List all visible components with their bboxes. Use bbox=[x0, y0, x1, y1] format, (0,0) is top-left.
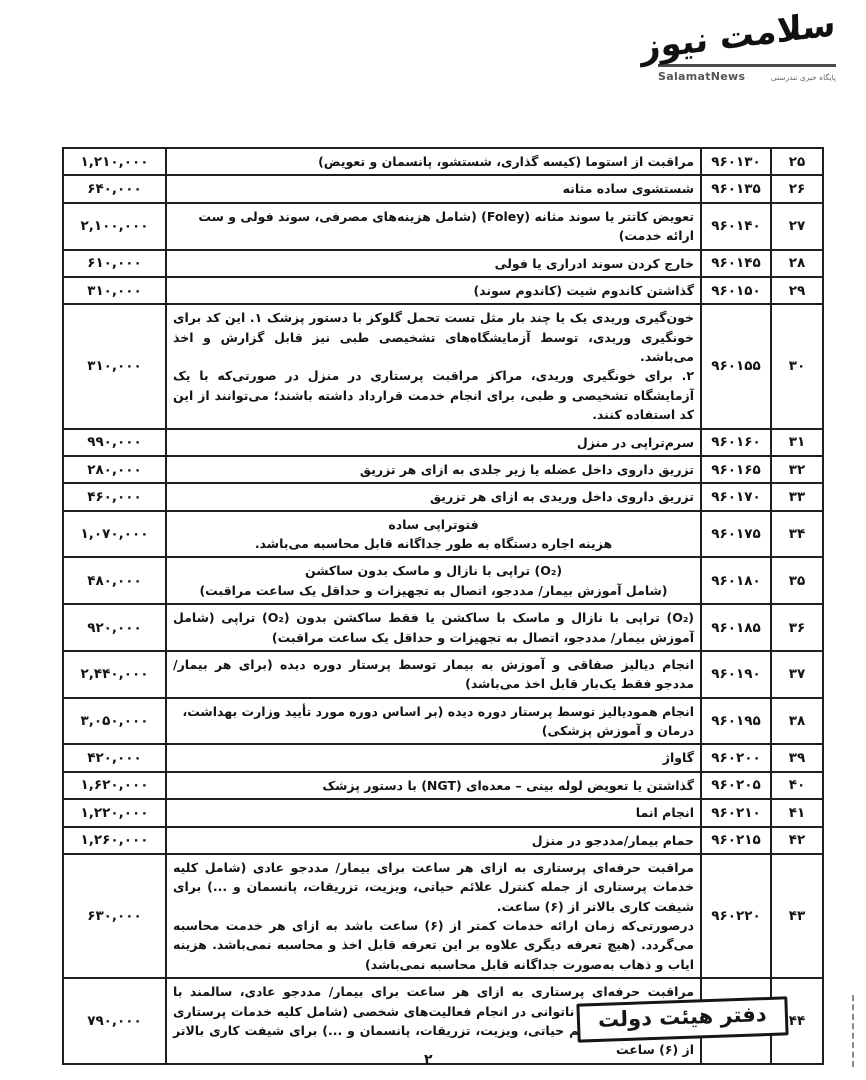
table-row: ۴۲ ۹۶۰۲۱۵ حمام بیمار/مددجو در منزل ۱,۲۶۰… bbox=[63, 827, 823, 854]
tariff-price-cell: ۱,۶۲۰,۰۰۰ bbox=[63, 772, 166, 799]
logo-latin-name: SalamatNews bbox=[658, 70, 745, 83]
service-code-cell: ۹۶۰۲۰۰ bbox=[701, 744, 771, 771]
row-number-cell: ۳۱ bbox=[771, 429, 823, 456]
row-number-cell: ۴۰ bbox=[771, 772, 823, 799]
tariff-price-cell: ۴۲۰,۰۰۰ bbox=[63, 744, 166, 771]
table-row: ۳۰ ۹۶۰۱۵۵ خون‌گیری وریدی یک یا چند بار م… bbox=[63, 304, 823, 428]
service-description-cell: فتوتراپی ساده هزینه اجاره دستگاه به طور … bbox=[166, 511, 701, 558]
tariff-price-cell: ۳۱۰,۰۰۰ bbox=[63, 304, 166, 428]
tariff-price-cell: ۹۲۰,۰۰۰ bbox=[63, 604, 166, 651]
service-description-cell: مراقبت حرفه‌ای پرستاری به ازای هر ساعت ب… bbox=[166, 854, 701, 978]
table-row: ۳۷ ۹۶۰۱۹۰ انجام دیالیز صفاقی و آموزش به … bbox=[63, 651, 823, 698]
salamatnews-logo-calligraphy: سلامت نیوز bbox=[658, 0, 836, 73]
service-code-cell: ۹۶۰۱۵۵ bbox=[701, 304, 771, 428]
service-code-cell: ۹۶۰۱۷۵ bbox=[701, 511, 771, 558]
service-description-cell: حمام بیمار/مددجو در منزل bbox=[166, 827, 701, 854]
row-number-cell: ۲۸ bbox=[771, 250, 823, 277]
service-description-cell: گذاشتن کاندوم شیت (کاندوم سوند) bbox=[166, 277, 701, 304]
row-number-cell: ۳۰ bbox=[771, 304, 823, 428]
table-row: ۳۴ ۹۶۰۱۷۵ فتوتراپی ساده هزینه اجاره دستگ… bbox=[63, 511, 823, 558]
table-row: ۳۹ ۹۶۰۲۰۰ گاواژ ۴۲۰,۰۰۰ bbox=[63, 744, 823, 771]
tariff-price-cell: ۲۸۰,۰۰۰ bbox=[63, 456, 166, 483]
table-row: ۲۸ ۹۶۰۱۴۵ خارج کردن سوند ادراری یا فولی … bbox=[63, 250, 823, 277]
table-row: ۲۵ ۹۶۰۱۳۰ مراقبت از استوما (کیسه گذاری، … bbox=[63, 148, 823, 175]
service-description-cell: سرم‌تراپی در منزل bbox=[166, 429, 701, 456]
tariff-price-cell: ۳۱۰,۰۰۰ bbox=[63, 277, 166, 304]
service-code-cell: ۹۶۰۱۳۰ bbox=[701, 148, 771, 175]
tariff-price-cell: ۴۸۰,۰۰۰ bbox=[63, 557, 166, 604]
service-description-cell: انجام انما bbox=[166, 799, 701, 826]
row-number-cell: ۳۶ bbox=[771, 604, 823, 651]
service-description-cell: مراقبت از استوما (کیسه گذاری، شستشو، پان… bbox=[166, 148, 701, 175]
row-number-cell: ۲۷ bbox=[771, 203, 823, 250]
service-code-cell: ۹۶۰۱۷۰ bbox=[701, 483, 771, 510]
tariff-price-cell: ۹۹۰,۰۰۰ bbox=[63, 429, 166, 456]
tariff-price-cell: ۲,۱۰۰,۰۰۰ bbox=[63, 203, 166, 250]
table-row: ۲۹ ۹۶۰۱۵۰ گذاشتن کاندوم شیت (کاندوم سوند… bbox=[63, 277, 823, 304]
row-number-cell: ۲۹ bbox=[771, 277, 823, 304]
service-code-cell: ۹۶۰۱۴۰ bbox=[701, 203, 771, 250]
nursing-tariff-table: ۲۵ ۹۶۰۱۳۰ مراقبت از استوما (کیسه گذاری، … bbox=[62, 147, 824, 1065]
row-number-cell: ۳۸ bbox=[771, 698, 823, 745]
table-row: ۳۱ ۹۶۰۱۶۰ سرم‌تراپی در منزل ۹۹۰,۰۰۰ bbox=[63, 429, 823, 456]
table-row: ۳۸ ۹۶۰۱۹۵ انجام همودیالیز توسط پرستار دو… bbox=[63, 698, 823, 745]
service-code-cell: ۹۶۰۲۲۰ bbox=[701, 854, 771, 978]
tariff-price-cell: ۶۱۰,۰۰۰ bbox=[63, 250, 166, 277]
service-code-cell: ۹۶۰۲۰۵ bbox=[701, 772, 771, 799]
service-code-cell: ۹۶۰۲۱۰ bbox=[701, 799, 771, 826]
table-row: ۴۱ ۹۶۰۲۱۰ انجام انما ۱,۲۲۰,۰۰۰ bbox=[63, 799, 823, 826]
table-row: ۳۳ ۹۶۰۱۷۰ تزریق داروی داخل وریدی به ازای… bbox=[63, 483, 823, 510]
tariff-price-cell: ۳,۰۵۰,۰۰۰ bbox=[63, 698, 166, 745]
service-code-cell: ۹۶۰۱۳۵ bbox=[701, 175, 771, 202]
row-number-cell: ۴۱ bbox=[771, 799, 823, 826]
service-description-cell: انجام همودیالیز توسط پرستار دوره دیده (ب… bbox=[166, 698, 701, 745]
table-row: ۳۶ ۹۶۰۱۸۵ (O₂) تراپی با نازال و ماسک با … bbox=[63, 604, 823, 651]
service-code-cell: ۹۶۰۲۱۵ bbox=[701, 827, 771, 854]
service-description-cell: (O₂) تراپی با نازال و ماسک بدون ساکشن (ش… bbox=[166, 557, 701, 604]
cabinet-office-stamp: دفتر هیئت دولت bbox=[577, 996, 789, 1042]
tariff-price-cell: ۱,۲۶۰,۰۰۰ bbox=[63, 827, 166, 854]
service-code-cell: ۹۶۰۱۵۰ bbox=[701, 277, 771, 304]
tariff-price-cell: ۷۹۰,۰۰۰ bbox=[63, 978, 166, 1064]
tariff-price-cell: ۲,۴۴۰,۰۰۰ bbox=[63, 651, 166, 698]
service-code-cell: ۹۶۰۱۹۵ bbox=[701, 698, 771, 745]
page-number: ۲ bbox=[424, 1052, 433, 1068]
service-description-cell: خون‌گیری وریدی یک یا چند بار مثل تست تحم… bbox=[166, 304, 701, 428]
service-code-cell: ۹۶۰۱۸۰ bbox=[701, 557, 771, 604]
tariff-price-cell: ۱,۲۱۰,۰۰۰ bbox=[63, 148, 166, 175]
service-code-cell: ۹۶۰۱۹۰ bbox=[701, 651, 771, 698]
row-number-cell: ۳۴ bbox=[771, 511, 823, 558]
table-row: ۳۵ ۹۶۰۱۸۰ (O₂) تراپی با نازال و ماسک بدو… bbox=[63, 557, 823, 604]
row-number-cell: ۲۵ bbox=[771, 148, 823, 175]
salamatnews-logo: سلامت نیوز SalamatNews پایگاه خبری تندرس… bbox=[658, 8, 836, 83]
row-number-cell: ۳۳ bbox=[771, 483, 823, 510]
row-number-cell: ۴۲ bbox=[771, 827, 823, 854]
service-code-cell: ۹۶۰۱۶۵ bbox=[701, 456, 771, 483]
service-description-cell: شستشوی ساده مثانه bbox=[166, 175, 701, 202]
logo-subtitle-row: SalamatNews پایگاه خبری تندرستی bbox=[658, 70, 836, 83]
service-description-cell: (O₂) تراپی با نازال و ماسک با ساکشن یا ف… bbox=[166, 604, 701, 651]
tariff-table-body: ۲۵ ۹۶۰۱۳۰ مراقبت از استوما (کیسه گذاری، … bbox=[63, 148, 823, 1064]
table-row: ۴۳ ۹۶۰۲۲۰ مراقبت حرفه‌ای پرستاری به ازای… bbox=[63, 854, 823, 978]
row-number-cell: ۳۷ bbox=[771, 651, 823, 698]
table-row: ۳۲ ۹۶۰۱۶۵ تزریق داروی داخل عضله یا زیر ج… bbox=[63, 456, 823, 483]
service-description-cell: انجام دیالیز صفاقی و آموزش به بیمار توسط… bbox=[166, 651, 701, 698]
service-code-cell: ۹۶۰۱۴۵ bbox=[701, 250, 771, 277]
service-description-cell: تزریق داروی داخل وریدی به ازای هر تزریق bbox=[166, 483, 701, 510]
tariff-price-cell: ۶۴۰,۰۰۰ bbox=[63, 175, 166, 202]
row-number-cell: ۳۵ bbox=[771, 557, 823, 604]
service-description-cell: گذاشتن یا تعویض لوله بینی – معده‌ای (NGT… bbox=[166, 772, 701, 799]
scan-edge-artifact bbox=[852, 995, 854, 1067]
service-description-cell: تعویض کاتتر یا سوند مثانه (Foley) (شامل … bbox=[166, 203, 701, 250]
table-row: ۲۶ ۹۶۰۱۳۵ شستشوی ساده مثانه ۶۴۰,۰۰۰ bbox=[63, 175, 823, 202]
service-description-cell: خارج کردن سوند ادراری یا فولی bbox=[166, 250, 701, 277]
tariff-price-cell: ۶۳۰,۰۰۰ bbox=[63, 854, 166, 978]
service-description-cell: گاواژ bbox=[166, 744, 701, 771]
row-number-cell: ۳۲ bbox=[771, 456, 823, 483]
service-code-cell: ۹۶۰۱۶۰ bbox=[701, 429, 771, 456]
table-row: ۴۰ ۹۶۰۲۰۵ گذاشتن یا تعویض لوله بینی – مع… bbox=[63, 772, 823, 799]
tariff-price-cell: ۱,۲۲۰,۰۰۰ bbox=[63, 799, 166, 826]
row-number-cell: ۳۹ bbox=[771, 744, 823, 771]
service-code-cell: ۹۶۰۱۸۵ bbox=[701, 604, 771, 651]
tariff-price-cell: ۴۶۰,۰۰۰ bbox=[63, 483, 166, 510]
table-row: ۲۷ ۹۶۰۱۴۰ تعویض کاتتر یا سوند مثانه (Fol… bbox=[63, 203, 823, 250]
row-number-cell: ۲۶ bbox=[771, 175, 823, 202]
logo-persian-tagline: پایگاه خبری تندرستی bbox=[771, 73, 836, 82]
scanned-document-page: سلامت نیوز SalamatNews پایگاه خبری تندرس… bbox=[0, 0, 866, 1080]
tariff-price-cell: ۱,۰۷۰,۰۰۰ bbox=[63, 511, 166, 558]
service-description-cell: تزریق داروی داخل عضله یا زیر جلدی به ازا… bbox=[166, 456, 701, 483]
row-number-cell: ۴۳ bbox=[771, 854, 823, 978]
